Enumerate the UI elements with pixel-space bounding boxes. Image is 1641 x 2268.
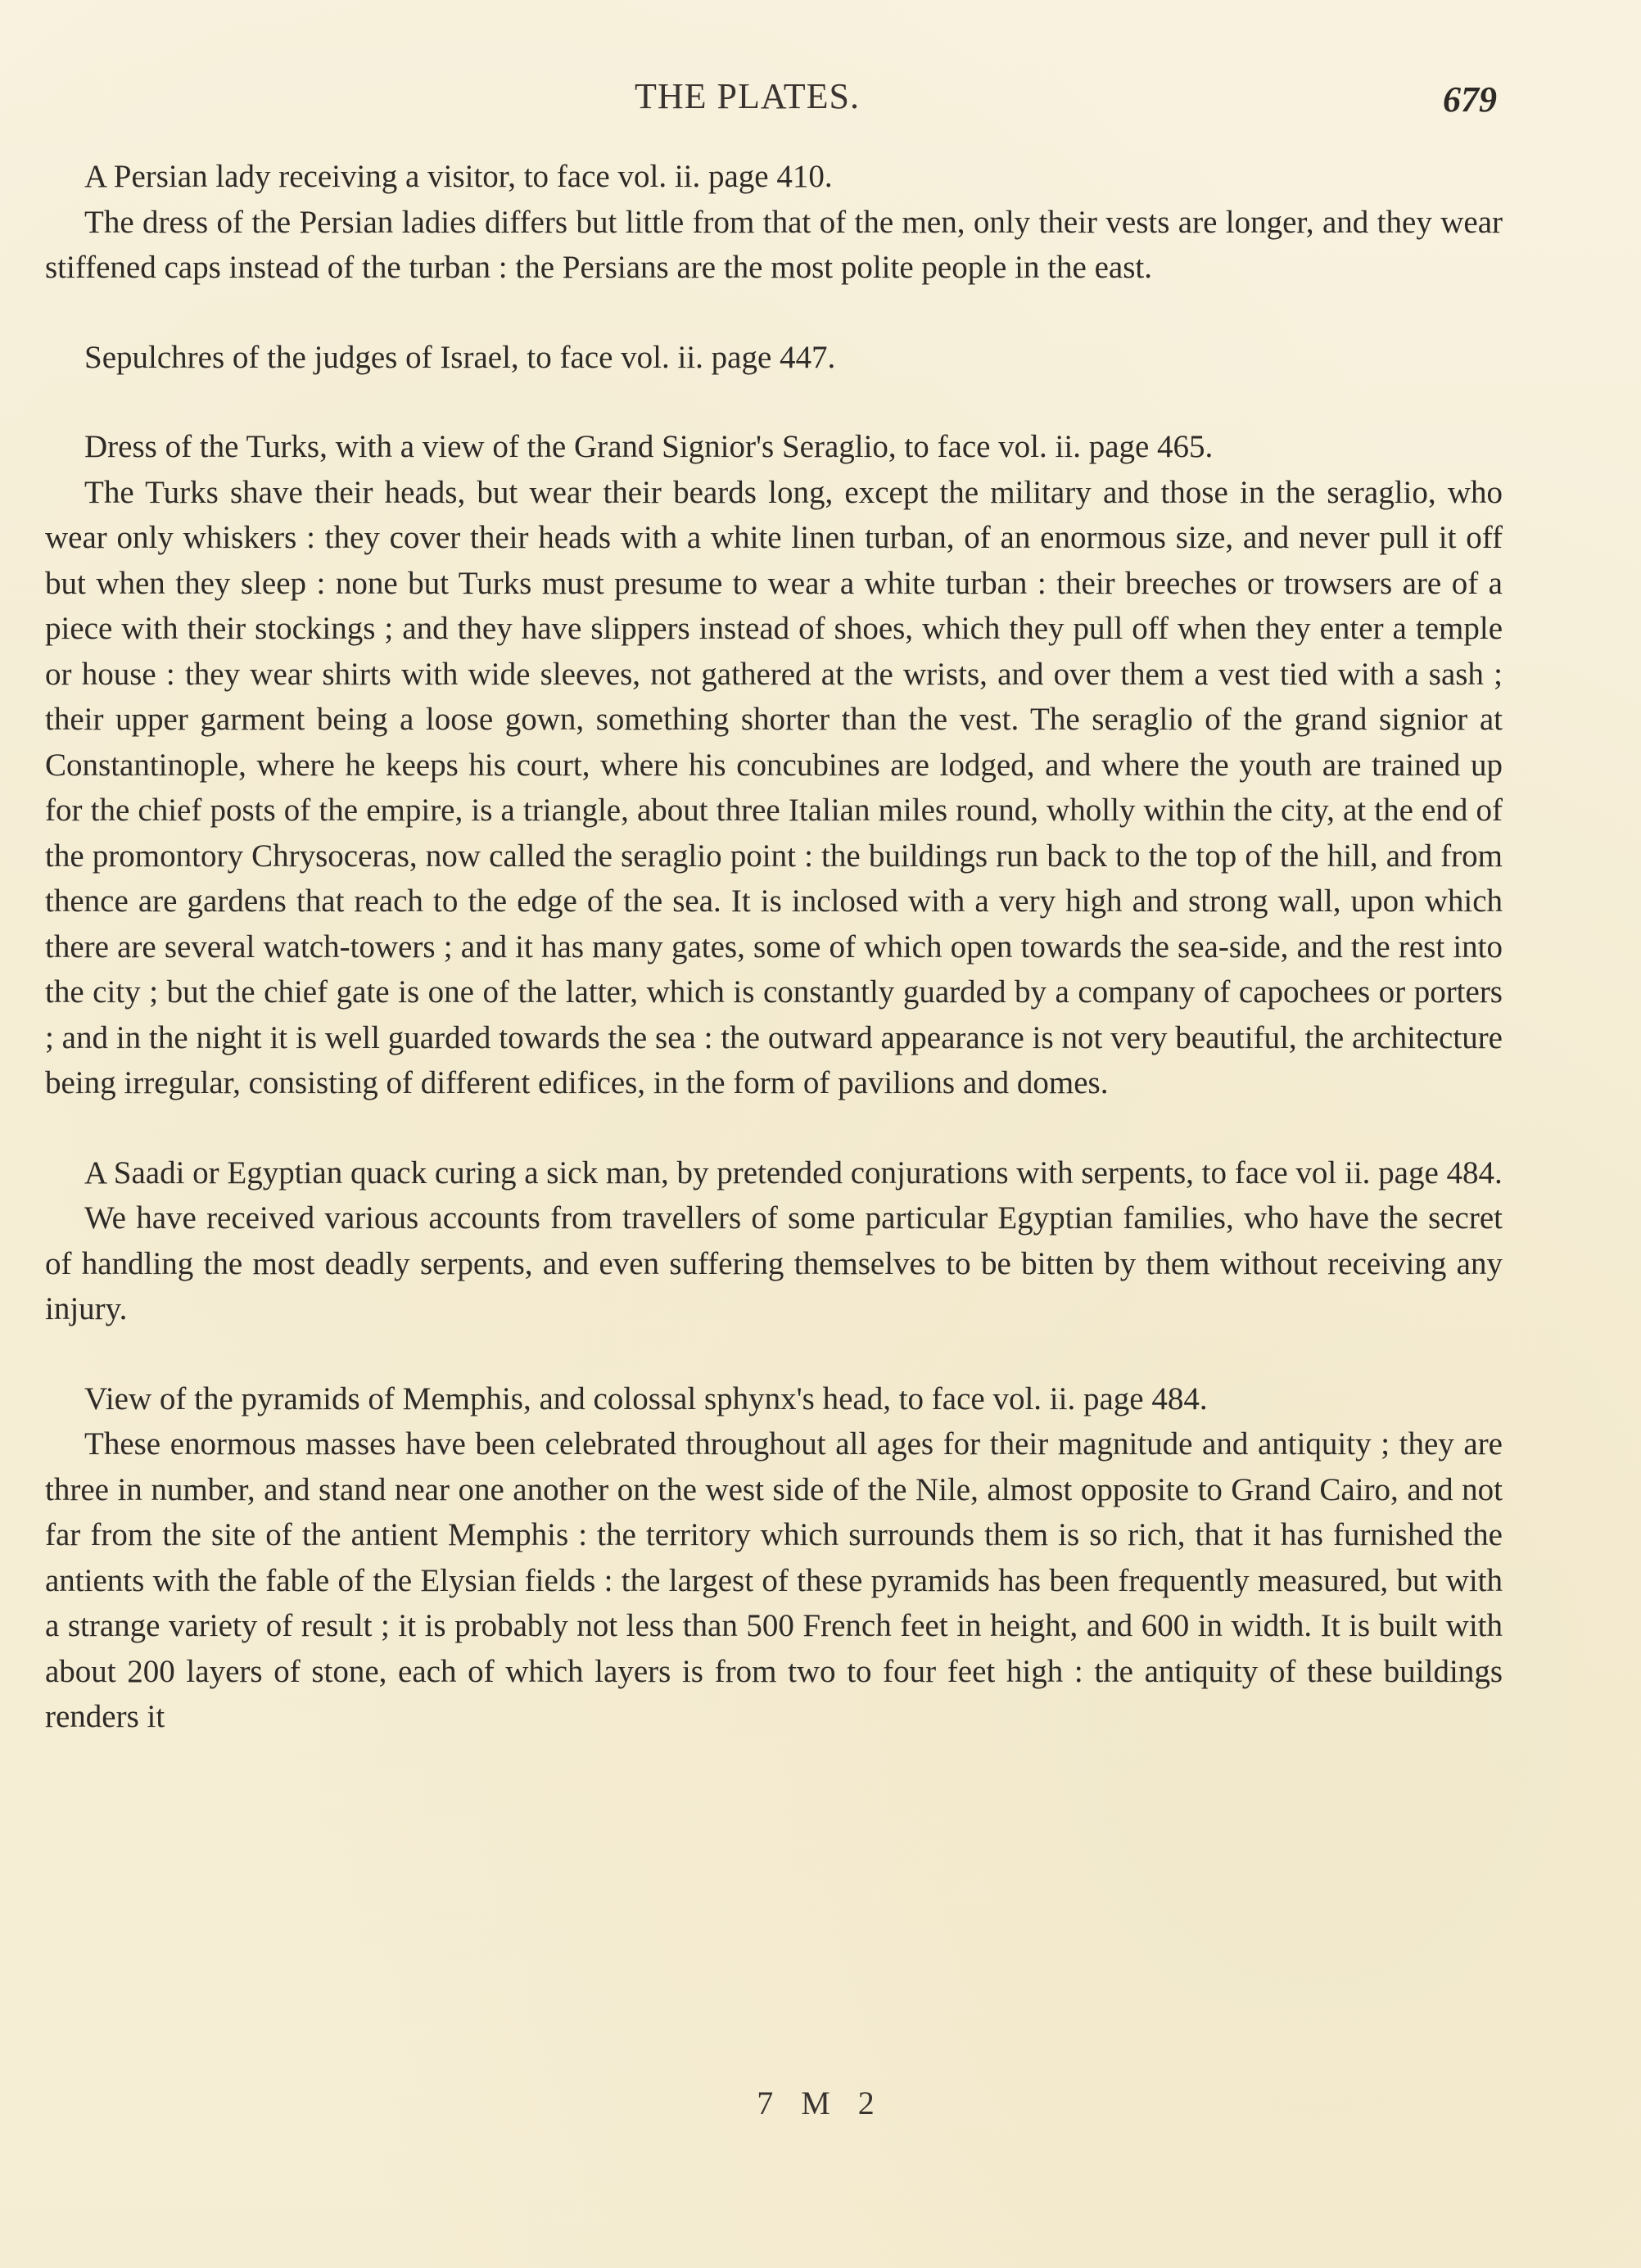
plate-caption: Dress of the Turks, with a view of the G… — [45, 424, 1503, 470]
plate-entry-dress-of-turks: Dress of the Turks, with a view of the G… — [45, 424, 1503, 1106]
running-title: THE PLATES. — [635, 75, 860, 117]
plate-description: These enormous masses have been celebrat… — [45, 1421, 1503, 1740]
running-head: THE PLATES. 679 — [0, 75, 1641, 124]
signature-mark: 7 M 2 — [0, 2084, 1641, 2122]
plate-caption: Sepulchres of the judges of Israel, to f… — [45, 335, 1503, 381]
plate-caption: A Saadi or Egyptian quack curing a sick … — [45, 1150, 1503, 1196]
page-number: 679 — [1443, 79, 1497, 120]
plate-description: The Turks shave their heads, but wear th… — [45, 470, 1503, 1106]
plate-entry-sepulchres: Sepulchres of the judges of Israel, to f… — [45, 335, 1503, 381]
plate-entry-pyramids: View of the pyramids of Memphis, and col… — [45, 1376, 1503, 1740]
plate-caption: View of the pyramids of Memphis, and col… — [45, 1376, 1503, 1422]
plate-caption: A Persian lady receiving a visitor, to f… — [45, 154, 1503, 200]
plate-description: The dress of the Persian ladies differs … — [45, 200, 1503, 291]
plate-description: We have received various accounts from t… — [45, 1195, 1503, 1332]
plate-entry-egyptian-quack: A Saadi or Egyptian quack curing a sick … — [45, 1150, 1503, 1332]
body-text: A Persian lady receiving a visitor, to f… — [45, 154, 1503, 1784]
plate-entry-persian-lady: A Persian lady receiving a visitor, to f… — [45, 154, 1503, 291]
